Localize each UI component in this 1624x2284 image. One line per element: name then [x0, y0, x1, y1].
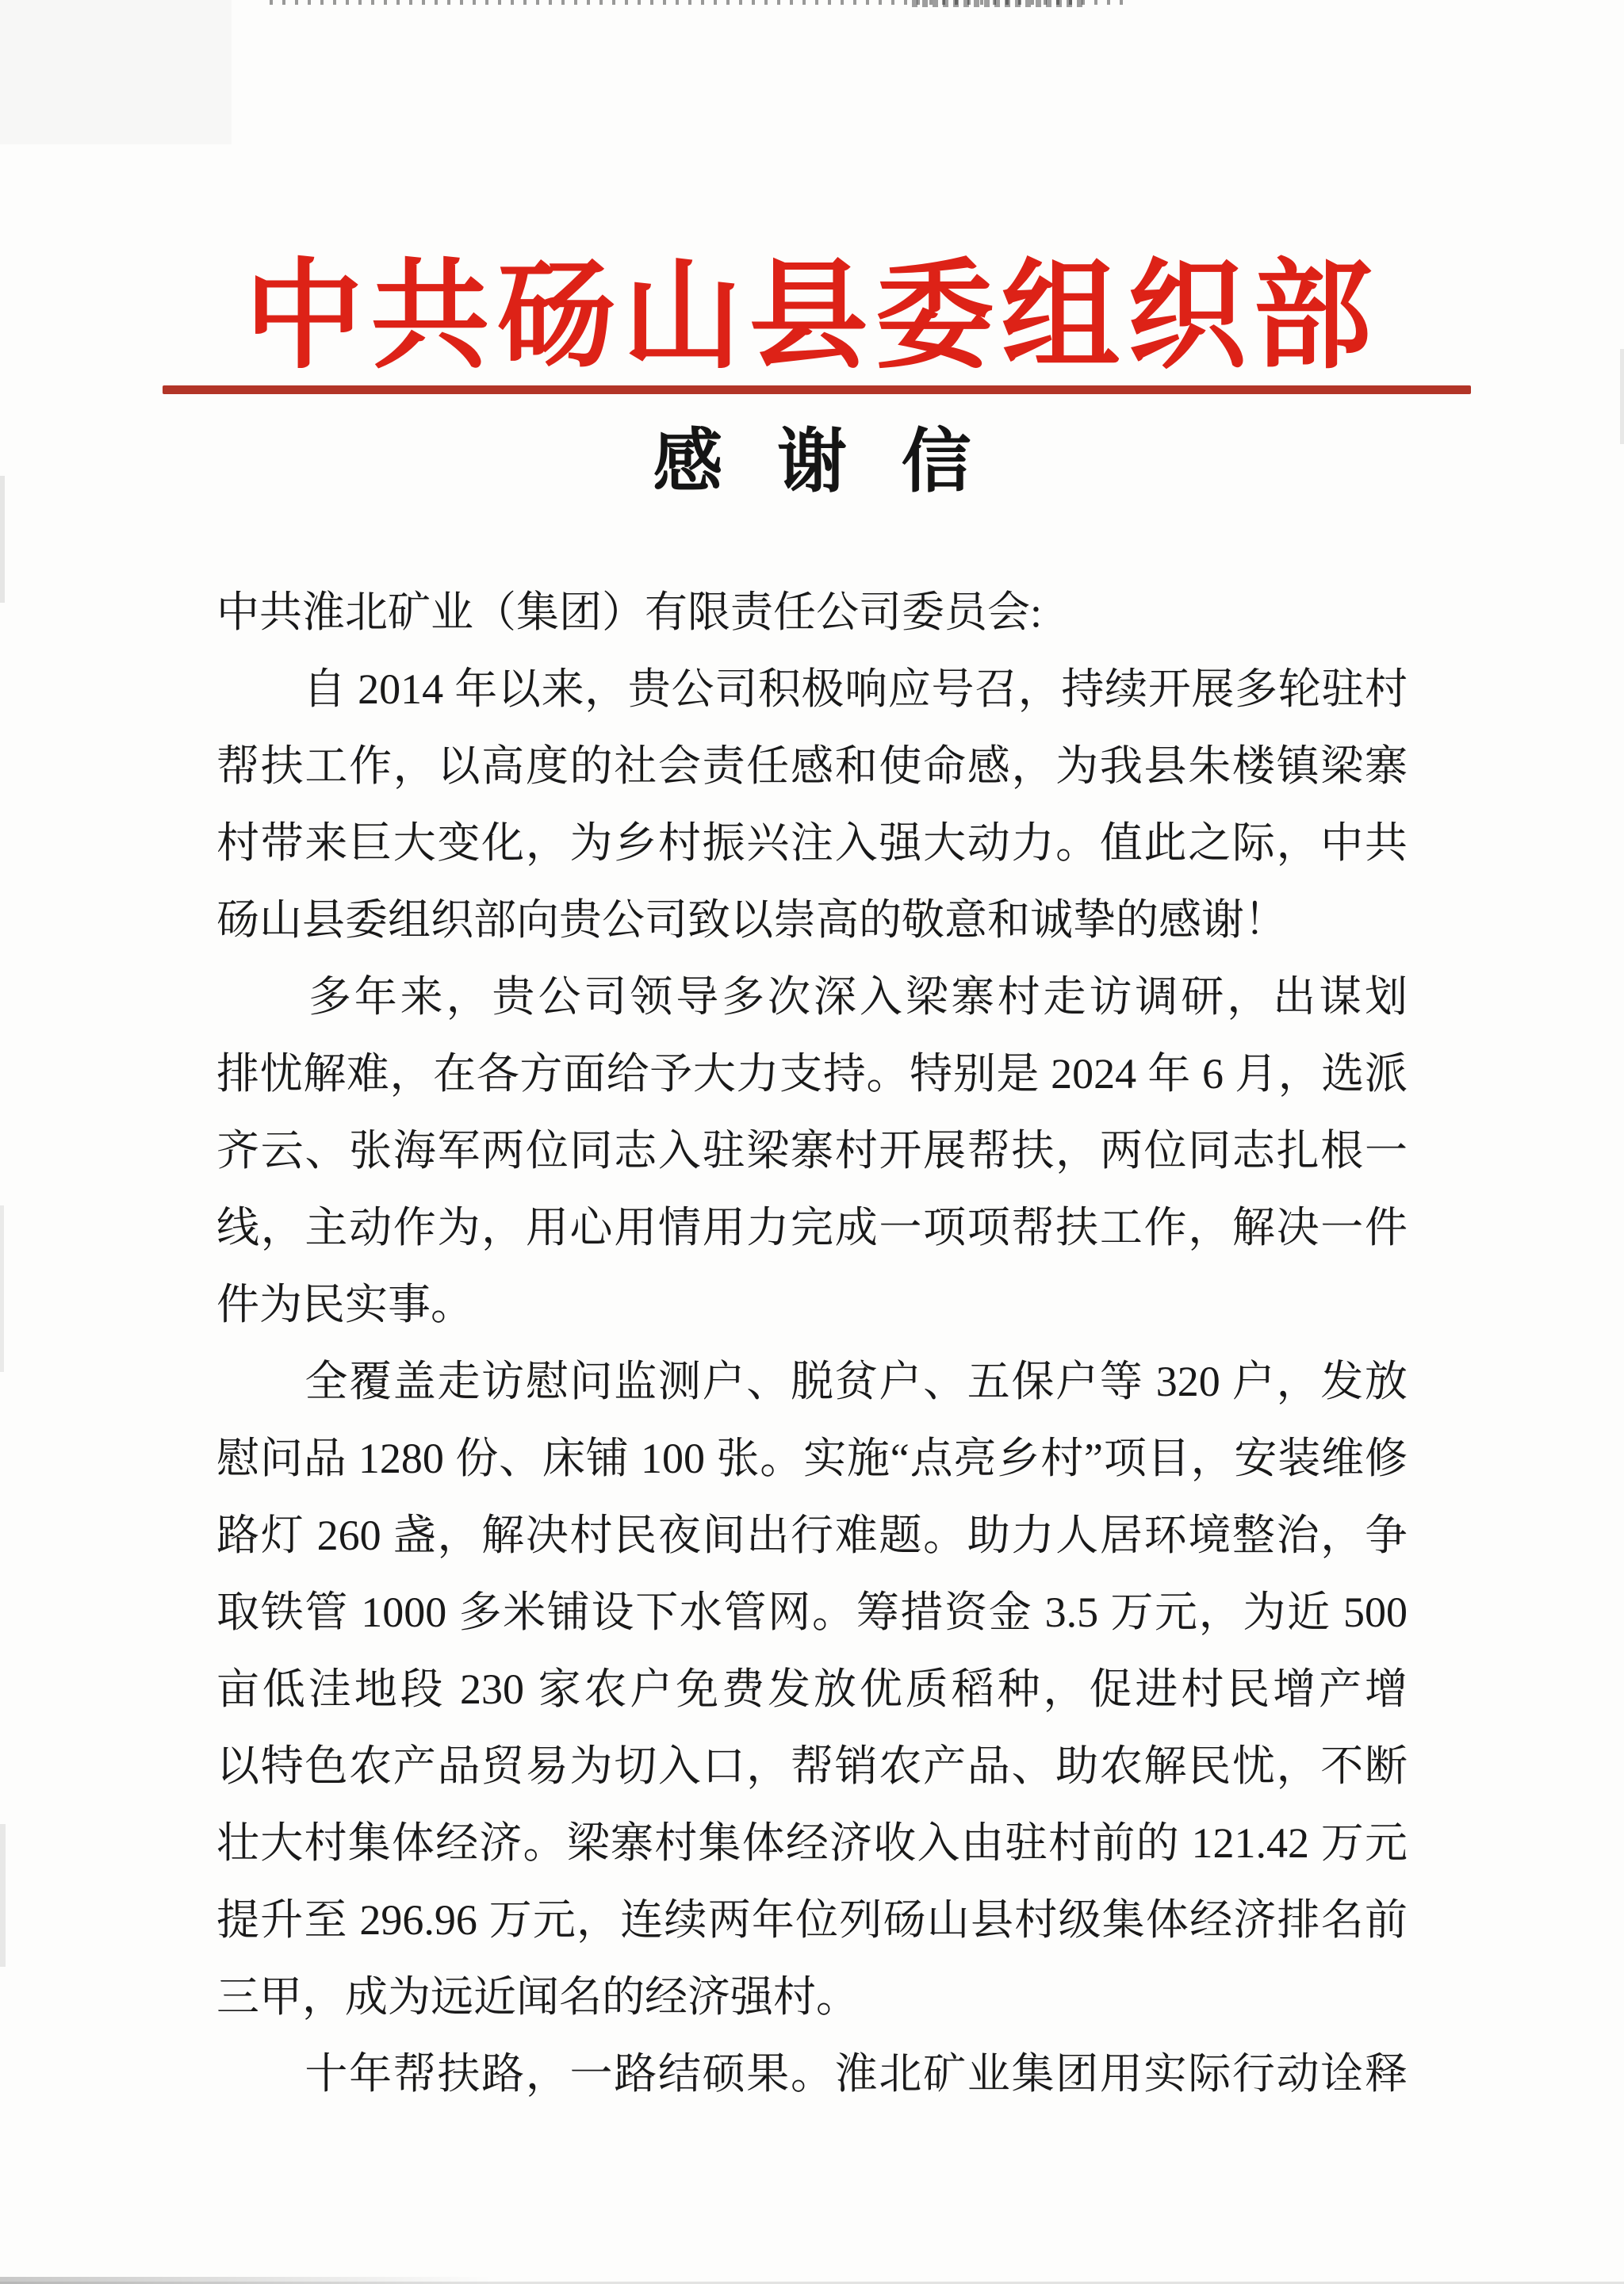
letter-body: 中共淮北矿业（集团）有限责任公司委员会: 自 2014 年以来，贵公司积极响应号… — [216, 574, 1408, 2113]
body-line: 自 2014 年以来，贵公司积极响应号召，持续开展多轮驻村 — [216, 651, 1408, 728]
body-line: 村带来巨大变化，为乡村振兴注入强大动力。值此之际，中共 — [216, 805, 1408, 882]
body-line: 壮大村集体经济。梁寨村集体经济收入由驻村前的 121.42 万元 — [216, 1805, 1408, 1882]
scan-artifact — [912, 0, 1086, 7]
document-title: 感谢信 — [0, 423, 1624, 503]
body-line: 亩低洼地段 230 家农户免费发放优质稻种，促进村民增产增收。 — [216, 1651, 1408, 1728]
body-line: 排忧解难，在各方面给予大力支持。特别是 2024 年 6 月，选派 — [216, 1036, 1408, 1113]
body-line: 多年来，贵公司领导多次深入梁寨村走访调研，出谋划策、 — [216, 959, 1408, 1036]
scan-artifact — [270, 0, 1126, 5]
body-line: 砀山县委组织部向贵公司致以崇高的敬意和诚挚的感谢！ — [216, 882, 1408, 959]
scan-artifact — [0, 0, 232, 144]
body-line: 件为民实事。 — [216, 1267, 1408, 1343]
body-line: 齐云、张海军两位同志入驻梁寨村开展帮扶，两位同志扎根一 — [216, 1113, 1408, 1190]
letterhead-title: 中共砀山县委组织部 — [0, 252, 1624, 383]
body-line: 帮扶工作，以高度的社会责任感和使命感，为我县朱楼镇梁寨 — [216, 728, 1408, 805]
body-line: 以特色农产品贸易为切入口，帮销农产品、助农解民忧，不断 — [216, 1728, 1408, 1805]
scan-artifact — [0, 2277, 492, 2284]
scan-artifact — [0, 1824, 6, 1967]
body-line: 十年帮扶路，一路结硕果。淮北矿业集团用实际行动诠释 — [216, 2036, 1408, 2113]
body-line: 三甲，成为远近闻名的经济强村。 — [216, 1959, 1408, 2036]
body-line: 取铁管 1000 多米铺设下水管网。筹措资金 3.5 万元，为近 500 — [216, 1574, 1408, 1651]
body-line: 中共淮北矿业（集团）有限责任公司委员会: — [216, 574, 1408, 651]
scan-artifact — [0, 1205, 4, 1372]
scanned-letter-page: 中共砀山县委组织部 感谢信 中共淮北矿业（集团）有限责任公司委员会: 自 201… — [0, 0, 1624, 2284]
document-title-text: 感谢信 — [653, 424, 1025, 501]
body-line: 慰问品 1280 份、床铺 100 张。实施“点亮乡村”项目，安装维修 — [216, 1420, 1408, 1497]
letterhead-rule — [163, 385, 1471, 394]
body-line: 路灯 260 盏，解决村民夜间出行难题。助力人居环境整治，争 — [216, 1497, 1408, 1574]
body-line: 提升至 296.96 万元，连续两年位列砀山县村级集体经济排名前 — [216, 1882, 1408, 1959]
body-line: 全覆盖走访慰问监测户、脱贫户、五保户等 320 户，发放 — [216, 1343, 1408, 1420]
body-line: 线，主动作为，用心用情用力完成一项项帮扶工作，解决一件 — [216, 1190, 1408, 1267]
